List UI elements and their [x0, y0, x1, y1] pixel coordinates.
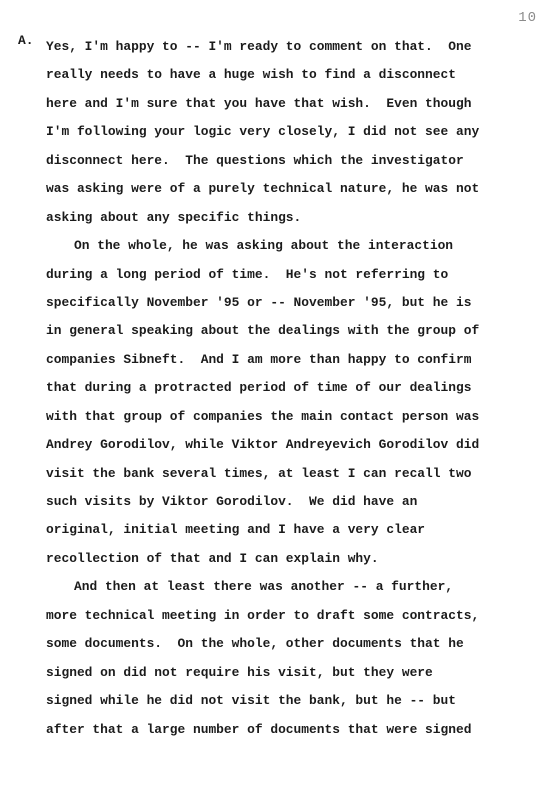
transcript-line: really needs to have a huge wish to find…	[46, 61, 550, 89]
transcript-line: Andrey Gorodilov, while Viktor Andreyevi…	[46, 431, 550, 459]
transcript-line: companies Sibneft. And I am more than ha…	[46, 346, 550, 374]
transcript-line: I'm following your logic very closely, I…	[46, 118, 550, 146]
transcript-line: here and I'm sure that you have that wis…	[46, 90, 550, 118]
transcript-line: Yes, I'm happy to -- I'm ready to commen…	[46, 33, 550, 61]
transcript-line: recollection of that and I can explain w…	[46, 545, 550, 573]
transcript-line: visit the bank several times, at least I…	[46, 460, 550, 488]
transcript-answer-block: A. Yes, I'm happy to -- I'm ready to com…	[46, 33, 550, 744]
transcript-line: more technical meeting in order to draft…	[46, 602, 550, 630]
transcript-line: asking about any specific things.	[46, 204, 550, 232]
transcript-line-paragraph-start: And then at least there was another -- a…	[46, 573, 550, 601]
speaker-label: A.	[18, 33, 33, 48]
transcript-line: during a long period of time. He's not r…	[46, 261, 550, 289]
transcript-line: original, initial meeting and I have a v…	[46, 516, 550, 544]
transcript-line: after that a large number of documents t…	[46, 716, 550, 744]
page-number: 10	[518, 10, 537, 26]
transcript-line: with that group of companies the main co…	[46, 403, 550, 431]
transcript-line: disconnect here. The questions which the…	[46, 147, 550, 175]
transcript-line: was asking were of a purely technical na…	[46, 175, 550, 203]
transcript-line: signed while he did not visit the bank, …	[46, 687, 550, 715]
transcript-line: signed on did not require his visit, but…	[46, 659, 550, 687]
transcript-page: 10 A. Yes, I'm happy to -- I'm ready to …	[0, 0, 558, 789]
transcript-line: such visits by Viktor Gorodilov. We did …	[46, 488, 550, 516]
transcript-line: some documents. On the whole, other docu…	[46, 630, 550, 658]
transcript-line-paragraph-start: On the whole, he was asking about the in…	[46, 232, 550, 260]
transcript-line: specifically November '95 or -- November…	[46, 289, 550, 317]
transcript-line: in general speaking about the dealings w…	[46, 317, 550, 345]
transcript-line: that during a protracted period of time …	[46, 374, 550, 402]
